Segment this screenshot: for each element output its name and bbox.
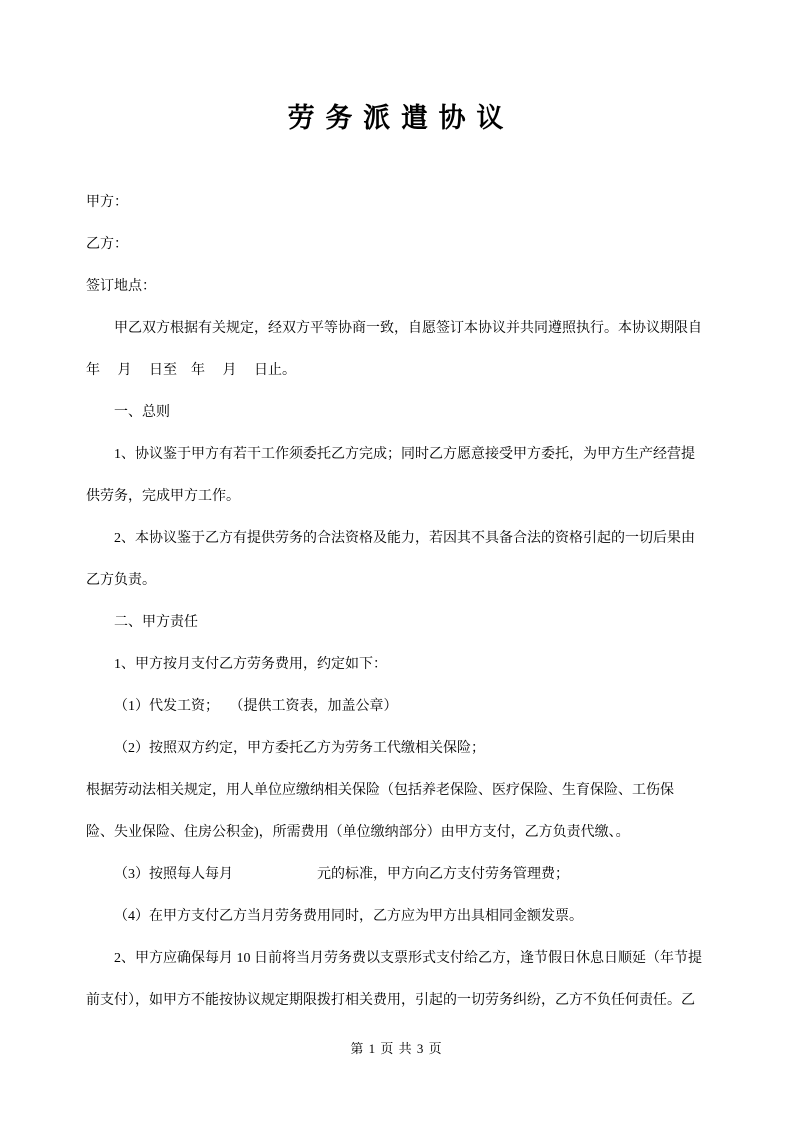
line-s2-item2-b: 前支付），如甲方不能按协议规定期限拨打相关费用，引起的一切劳务纠纷，乙方不负任何… bbox=[86, 980, 706, 1022]
line-s1-item1-a: 1、协议鉴于甲方有若干工作须委托乙方完成；同时乙方愿意接受甲方委托，为甲方生产经… bbox=[86, 434, 706, 476]
line-s1-item2-b: 乙方负责。 bbox=[86, 560, 706, 602]
line-preamble-1: 甲乙双方根据有关规定，经双方平等协商一致，自愿签订本协议并共同遵照执行。本协议期… bbox=[86, 308, 706, 350]
line-party-a-label: 甲方： bbox=[86, 182, 706, 224]
document-page: 劳 务 派 遣 协 议 甲方： 乙方： 签订地点： 甲乙双方根据有关规定，经双方… bbox=[0, 0, 793, 1122]
line-s2-item1-sub1: （1）代发工资； （提供工资表，加盖公章） bbox=[86, 686, 706, 728]
line-s2-item1-sub3: （3）按照每人每月 元的标准，甲方向乙方支付劳务管理费； bbox=[86, 854, 706, 896]
line-section-2-heading: 二、甲方责任 bbox=[86, 602, 706, 644]
line-s2-item1-sub4: （4）在甲方支付乙方当月劳务费用同时，乙方应为甲方出具相同金额发票。 bbox=[86, 896, 706, 938]
line-party-b-label: 乙方： bbox=[86, 224, 706, 266]
line-s1-item2-a: 2、本协议鉴于乙方有提供劳务的合法资格及能力，若因其不具备合法的资格引起的一切后… bbox=[86, 518, 706, 560]
line-s1-item1-b: 供劳务，完成甲方工作。 bbox=[86, 476, 706, 518]
line-s2-item1-sub2: （2）按照双方约定，甲方委托乙方为劳务工代缴相关保险； bbox=[86, 728, 706, 770]
line-insurance-note-a: 根据劳动法相关规定，用人单位应缴纳相关保险（包括养老保险、医疗保险、生育保险、工… bbox=[86, 770, 706, 812]
line-s2-item2-a: 2、甲方应确保每月 10 日前将当月劳务费以支票形式支付给乙方，逢节假日休息日顺… bbox=[86, 938, 706, 980]
line-insurance-note-b: 险、失业保险、住房公积金)，所需费用（单位缴纳部分）由甲方支付，乙方负责代缴、。 bbox=[86, 812, 706, 854]
document-body: 甲方： 乙方： 签订地点： 甲乙双方根据有关规定，经双方平等协商一致，自愿签订本… bbox=[86, 182, 706, 1022]
line-s2-item1: 1、甲方按月支付乙方劳务费用，约定如下： bbox=[86, 644, 706, 686]
document-title: 劳 务 派 遣 协 议 bbox=[0, 96, 793, 135]
line-term-dates: 年 月 日至 年 月 日止。 bbox=[86, 350, 706, 392]
page-number-footer: 第 1 页 共 3 页 bbox=[0, 1038, 793, 1057]
line-signing-place: 签订地点： bbox=[86, 266, 706, 308]
line-section-1-heading: 一、总则 bbox=[86, 392, 706, 434]
